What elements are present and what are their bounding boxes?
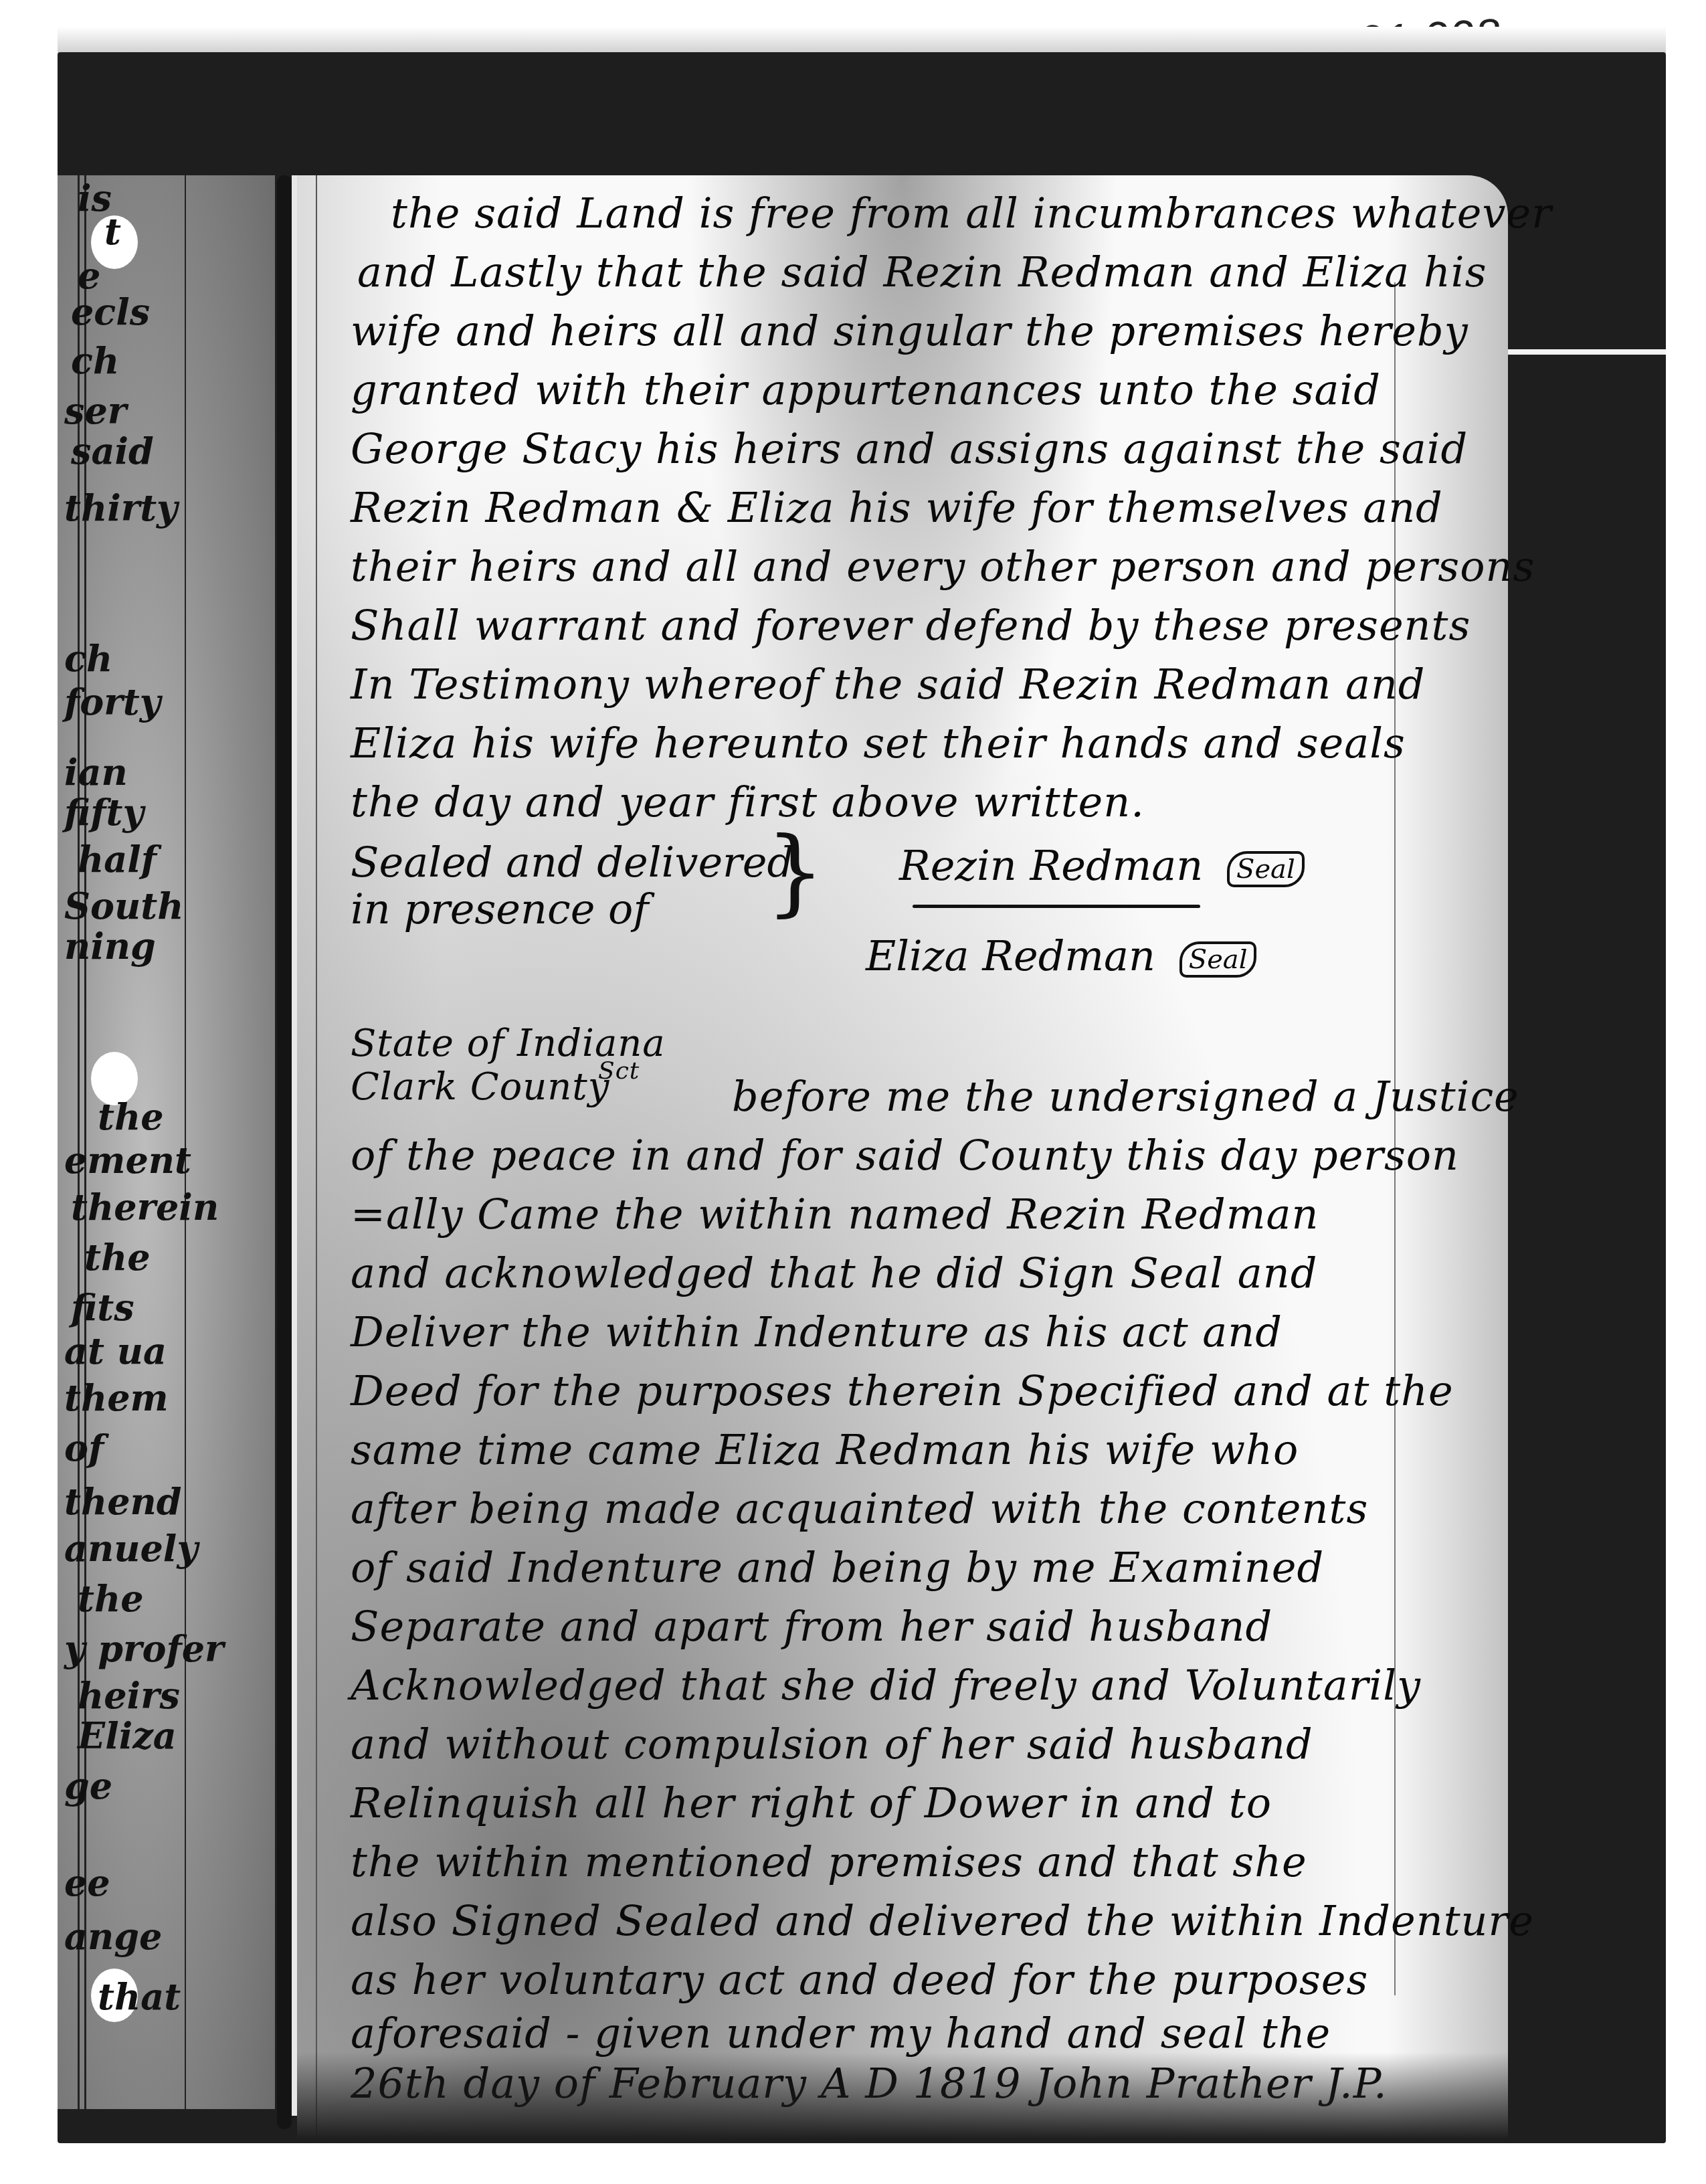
margin-fragment: South [64, 885, 183, 927]
ack-line: Relinquish all her right of Dower in and… [351, 1779, 1272, 1827]
book-gutter [277, 175, 292, 2129]
ack-line: after being made acquainted with the con… [351, 1484, 1368, 1533]
ack-line: aforesaid - given under my hand and seal… [351, 2009, 1331, 2058]
margin-fragment: the [78, 1577, 144, 1620]
deed-line: wife and heirs all and singular the prem… [351, 306, 1468, 355]
ack-line: as her voluntary act and deed for the pu… [351, 1955, 1368, 2004]
margin-fragment: that [98, 1975, 181, 2018]
ack-line: same time came Eliza Redman his wife who [351, 1425, 1299, 1474]
signature-eliza: Eliza Redman Seal [866, 931, 1256, 980]
left-facing-page: is t e ecls ch ser said thirty ch forty … [58, 175, 275, 2109]
margin-fragment: thend [64, 1480, 182, 1523]
margin-fragment: ange [64, 1915, 162, 1958]
deed-line: George Stacy his heirs and assigns again… [351, 424, 1468, 473]
page-bottom-shadow [297, 2052, 1508, 2139]
margin-fragment: Eliza [78, 1714, 177, 1757]
signature-name: Rezin Redman [899, 841, 1203, 890]
seal-icon: Seal [1179, 941, 1257, 978]
ack-line: Deliver the within Indenture as his act … [351, 1307, 1283, 1356]
deed-line: the day and year first above written. [351, 778, 1145, 826]
ack-line: the within mentioned premises and that s… [351, 1837, 1307, 1886]
deed-line: granted with their appurtenances unto th… [351, 365, 1381, 414]
deed-line: the said Land is free from all incumbran… [391, 189, 1552, 238]
margin-rule [316, 175, 317, 2139]
ack-line: of said Indenture and being by me Examin… [351, 1543, 1324, 1592]
margin-fragment: y profer [64, 1627, 223, 1670]
margin-fragment: t [104, 210, 121, 253]
margin-fragment: them [64, 1376, 169, 1419]
ack-line: Acknowledged that she did freely and Vol… [351, 1661, 1421, 1710]
deed-line: and Lastly that the said Rezin Redman an… [357, 248, 1487, 296]
frame-notch [1499, 349, 1666, 355]
scanner-edge-highlight [58, 27, 1666, 54]
attestation-line-2: in presence of [351, 885, 648, 933]
venue-county: Clark County [351, 1065, 609, 1109]
margin-fragment: ian [64, 751, 128, 794]
deed-line: Rezin Redman & Eliza his wife for themse… [351, 483, 1443, 532]
deed-line: their heirs and all and every other pers… [351, 542, 1535, 591]
margin-fragment: at ua [64, 1330, 167, 1372]
margin-fragment: heirs [78, 1674, 180, 1717]
gutter-gap [292, 175, 297, 2116]
margin-fragment: therein [71, 1186, 219, 1228]
signature-rezin: Rezin Redman Seal [899, 841, 1305, 890]
deed-line: Shall warrant and forever defend by thes… [351, 601, 1471, 650]
margin-fragment: said [71, 430, 154, 472]
ack-line: before me the undersigned a Justice [732, 1072, 1519, 1121]
venue-abbrev: Sct [598, 1057, 640, 1085]
margin-fragment: of [64, 1427, 104, 1469]
seal-icon: Seal [1227, 851, 1305, 887]
ack-line: also Signed Sealed and delivered the wit… [351, 1896, 1534, 1945]
margin-fragment: forty [64, 680, 161, 723]
deed-page: the said Land is free from all incumbran… [297, 175, 1508, 2139]
margin-fragment: ement [64, 1139, 191, 1182]
deed-line: Eliza his wife hereunto set their hands … [351, 719, 1406, 767]
margin-fragment: fits [71, 1286, 134, 1329]
ack-line: of the peace in and for said County this… [351, 1131, 1459, 1180]
margin-fragment: ecls [71, 290, 150, 333]
ack-line: Separate and apart from her said husband [351, 1602, 1272, 1651]
margin-fragment: the [98, 1095, 164, 1138]
attestation-line-1: Sealed and delivered [351, 838, 793, 887]
ack-line: =ally Came the within named Rezin Redman [351, 1190, 1319, 1239]
margin-fragment: thirty [64, 486, 178, 529]
brace-icon: } [765, 818, 825, 927]
signature-name: Eliza Redman [866, 931, 1155, 980]
signature-underline [913, 905, 1200, 908]
margin-fragment: anuely [64, 1527, 198, 1570]
margin-fragment: fifty [64, 791, 144, 834]
margin-fragment: ge [64, 1764, 112, 1807]
margin-fragment: ning [64, 925, 156, 968]
margin-fragment: ch [64, 637, 112, 680]
margin-fragment: ser [64, 389, 126, 432]
margin-fragment: ch [71, 339, 119, 382]
ack-line: Deed for the purposes therein Specified … [351, 1366, 1454, 1415]
ack-line: and without compulsion of her said husba… [351, 1720, 1313, 1768]
margin-fragment: ee [64, 1861, 110, 1904]
deed-line: In Testimony whereof the said Rezin Redm… [351, 660, 1426, 709]
ack-line: and acknowledged that he did Sign Seal a… [351, 1249, 1317, 1297]
margin-fragment: half [78, 838, 157, 881]
margin-fragment: the [84, 1236, 151, 1279]
